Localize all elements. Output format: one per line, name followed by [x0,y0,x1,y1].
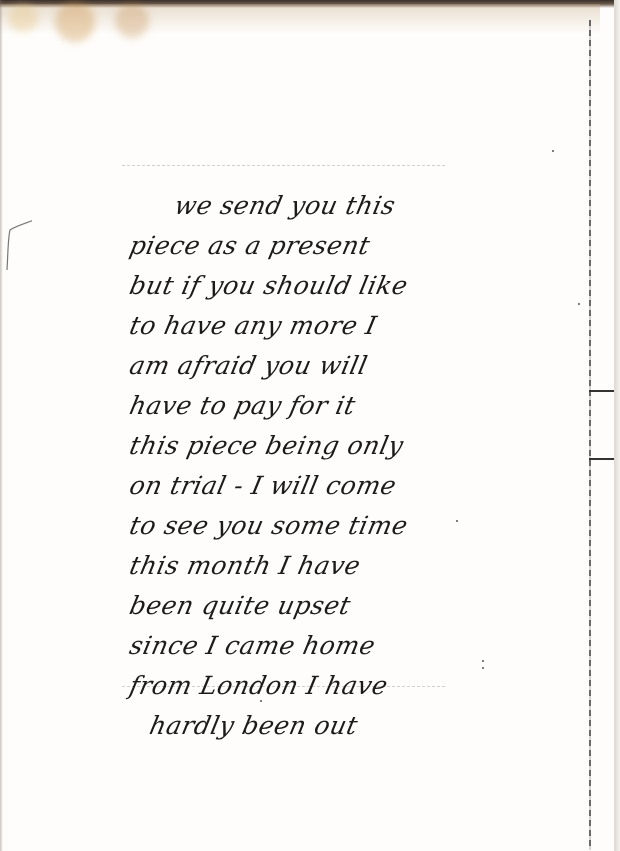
letter-line: this month I have [126,546,455,586]
scanned-page: we send you this piece as a present but … [0,0,620,851]
margin-pencil-mark [4,218,32,278]
letter-sheet: we send you this piece as a present but … [122,165,445,687]
letter-line: we send you this [126,186,455,226]
paper-stain [115,4,149,38]
letter-line: am afraid you will [126,346,455,386]
ink-speck [552,150,554,152]
ink-speck [260,700,262,702]
ink-speck [482,667,484,669]
letter-line: this piece being only [126,426,455,466]
letter-line: piece as a present [126,226,455,266]
ink-speck [456,520,458,522]
letter-line: on trial - I will come [126,466,455,506]
letter-line: have to pay for it [126,386,455,426]
letter-line: to have any more I [126,306,455,346]
letter-line: been quite upset [126,586,455,626]
paper-stain [55,2,95,42]
paper-stain [8,4,38,32]
binding-line [589,20,591,850]
page-right-edge [614,0,620,851]
ink-speck [482,660,484,662]
letter-line: since I came home [126,626,455,666]
ink-speck [578,303,580,305]
letter-line: hardly been out [126,706,455,746]
page-left-edge [0,0,3,851]
letter-line: from London I have [126,666,455,706]
letter-line: but if you should like [126,266,455,306]
letter-body: we send you this piece as a present but … [130,186,450,746]
letter-line: to see you some time [126,506,455,546]
